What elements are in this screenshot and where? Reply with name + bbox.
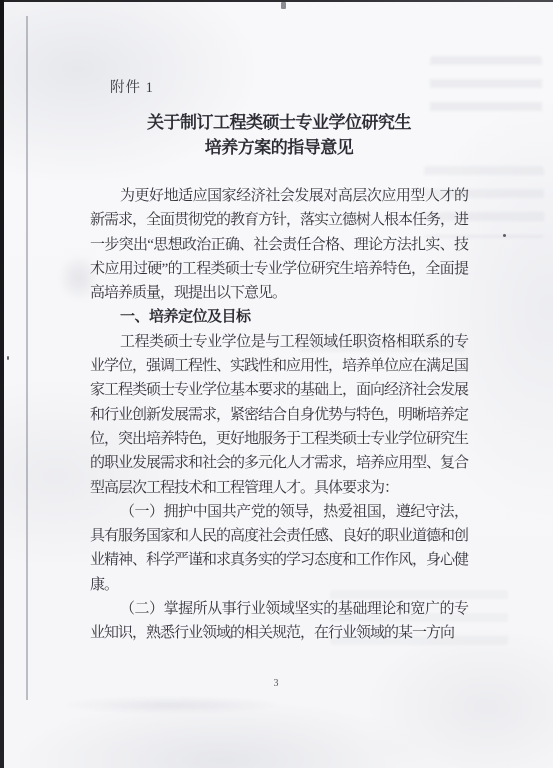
document-title-line1: 关于制订工程类硕士专业学位研究生 bbox=[147, 113, 411, 132]
scan-notch-artifact bbox=[281, 2, 286, 9]
attachment-label: 附件 1 bbox=[110, 76, 468, 97]
document-title-line2: 培养方案的指导意见 bbox=[205, 138, 354, 157]
ink-speck bbox=[7, 356, 9, 360]
requirement-item-1: （一）拥护中国共产党的领导，热爱祖国，遵纪守法，具有服务国家和人民的高度社会责任… bbox=[90, 500, 468, 597]
page-number: 3 bbox=[0, 678, 553, 689]
document-body: 为更好地适应国家经济社会发展对高层次应用型人才的新需求，全面贯彻党的教育方针，落… bbox=[90, 184, 468, 646]
requirement-item-2: （二）掌握所从事行业领域坚实的基础理论和宽广的专业知识，熟悉行业领域的相关规范，… bbox=[90, 597, 468, 646]
opening-paragraph: 为更好地适应国家经济社会发展对高层次应用型人才的新需求，全面贯彻党的教育方针，落… bbox=[90, 184, 468, 305]
scan-top-edge-artifact bbox=[0, 0, 553, 2]
scanned-document-page: 附件 1 关于制订工程类硕士专业学位研究生培养方案的指导意见 为更好地适应国家经… bbox=[0, 0, 553, 768]
document-title: 关于制订工程类硕士专业学位研究生培养方案的指导意见 bbox=[90, 110, 468, 160]
section-1-paragraph: 工程类硕士专业学位是与工程领域任职资格相联系的专业学位，强调工程性、实践性和应用… bbox=[90, 330, 468, 500]
ink-speck bbox=[503, 234, 506, 237]
document-content: 附件 1 关于制订工程类硕士专业学位研究生培养方案的指导意见 为更好地适应国家经… bbox=[90, 76, 468, 646]
scan-shadow-band bbox=[20, 694, 320, 716]
section-1-heading: 一、培养定位及目标 bbox=[90, 305, 468, 329]
scan-left-edge-artifact bbox=[0, 0, 4, 768]
page-fold-line bbox=[26, 16, 28, 700]
